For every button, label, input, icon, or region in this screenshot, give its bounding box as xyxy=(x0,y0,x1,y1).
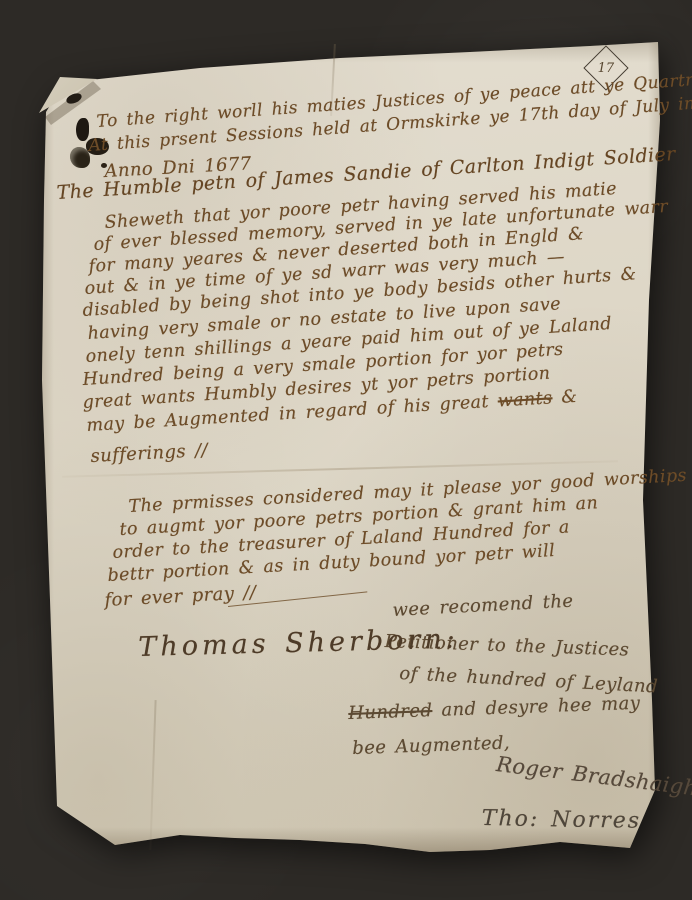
ink-blot xyxy=(70,147,90,168)
body-text: & xyxy=(552,387,578,408)
struck-word: wants xyxy=(497,388,553,411)
signature-tho-norres: Tho: Norres xyxy=(482,806,642,834)
struck-word: Hundred xyxy=(348,700,433,724)
photograph-background: 17 To the right worll his maties Justice… xyxy=(0,0,692,900)
stamp-number: 17 xyxy=(598,60,615,75)
ink-blot xyxy=(76,118,89,141)
